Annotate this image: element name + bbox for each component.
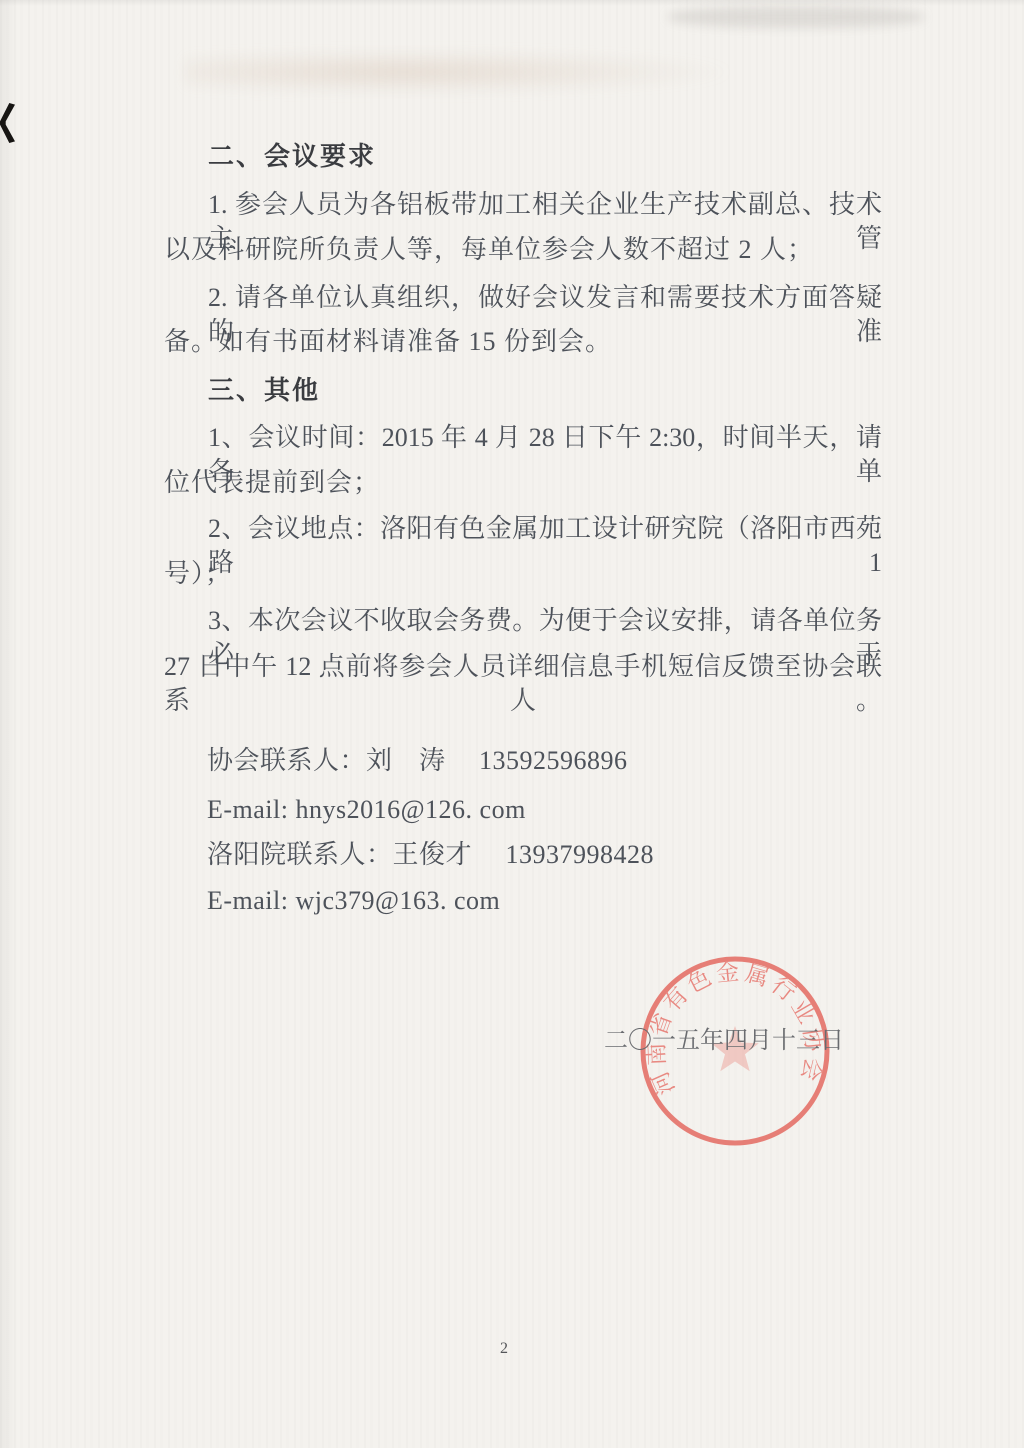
requirements-item2-line2: 备。如有书面材料请准备 15 份到会。 xyxy=(164,325,882,359)
page-number: 2 xyxy=(500,1340,508,1358)
contact-association-email: E-mail: hnys2016@126. com xyxy=(207,793,526,827)
contact-association: 协会联系人：刘 涛 13592596896 xyxy=(207,744,628,778)
section-other-heading: 三、其他 xyxy=(208,374,320,408)
other-item3-line2: 27 日中午 12 点前将参会人员详细信息手机短信反馈至协会联系人。 xyxy=(164,650,882,718)
contact-luoyang: 洛阳院联系人：王俊才 13937998428 xyxy=(207,838,654,872)
contact-luoyang-email: E-mail: wjc379@163. com xyxy=(207,884,500,918)
scan-smudge xyxy=(185,50,730,94)
other-item2-line2: 号）； xyxy=(164,557,882,591)
scan-ghost-smear xyxy=(668,6,924,28)
document-date: 二〇一五年四月十三日 xyxy=(604,1020,844,1055)
other-item1-line2: 位代表提前到会； xyxy=(164,466,882,500)
requirements-item1-line2: 以及科研院所负责人等，每单位参会人数不超过 2 人； xyxy=(164,233,882,267)
scan-edge-mark xyxy=(0,103,15,143)
section-requirements-heading: 二、会议要求 xyxy=(208,140,376,174)
scanned-document-page: 二、会议要求 1. 参会人员为各铝板带加工相关企业生产技术副总、技术主管 以及科… xyxy=(0,0,1024,1448)
